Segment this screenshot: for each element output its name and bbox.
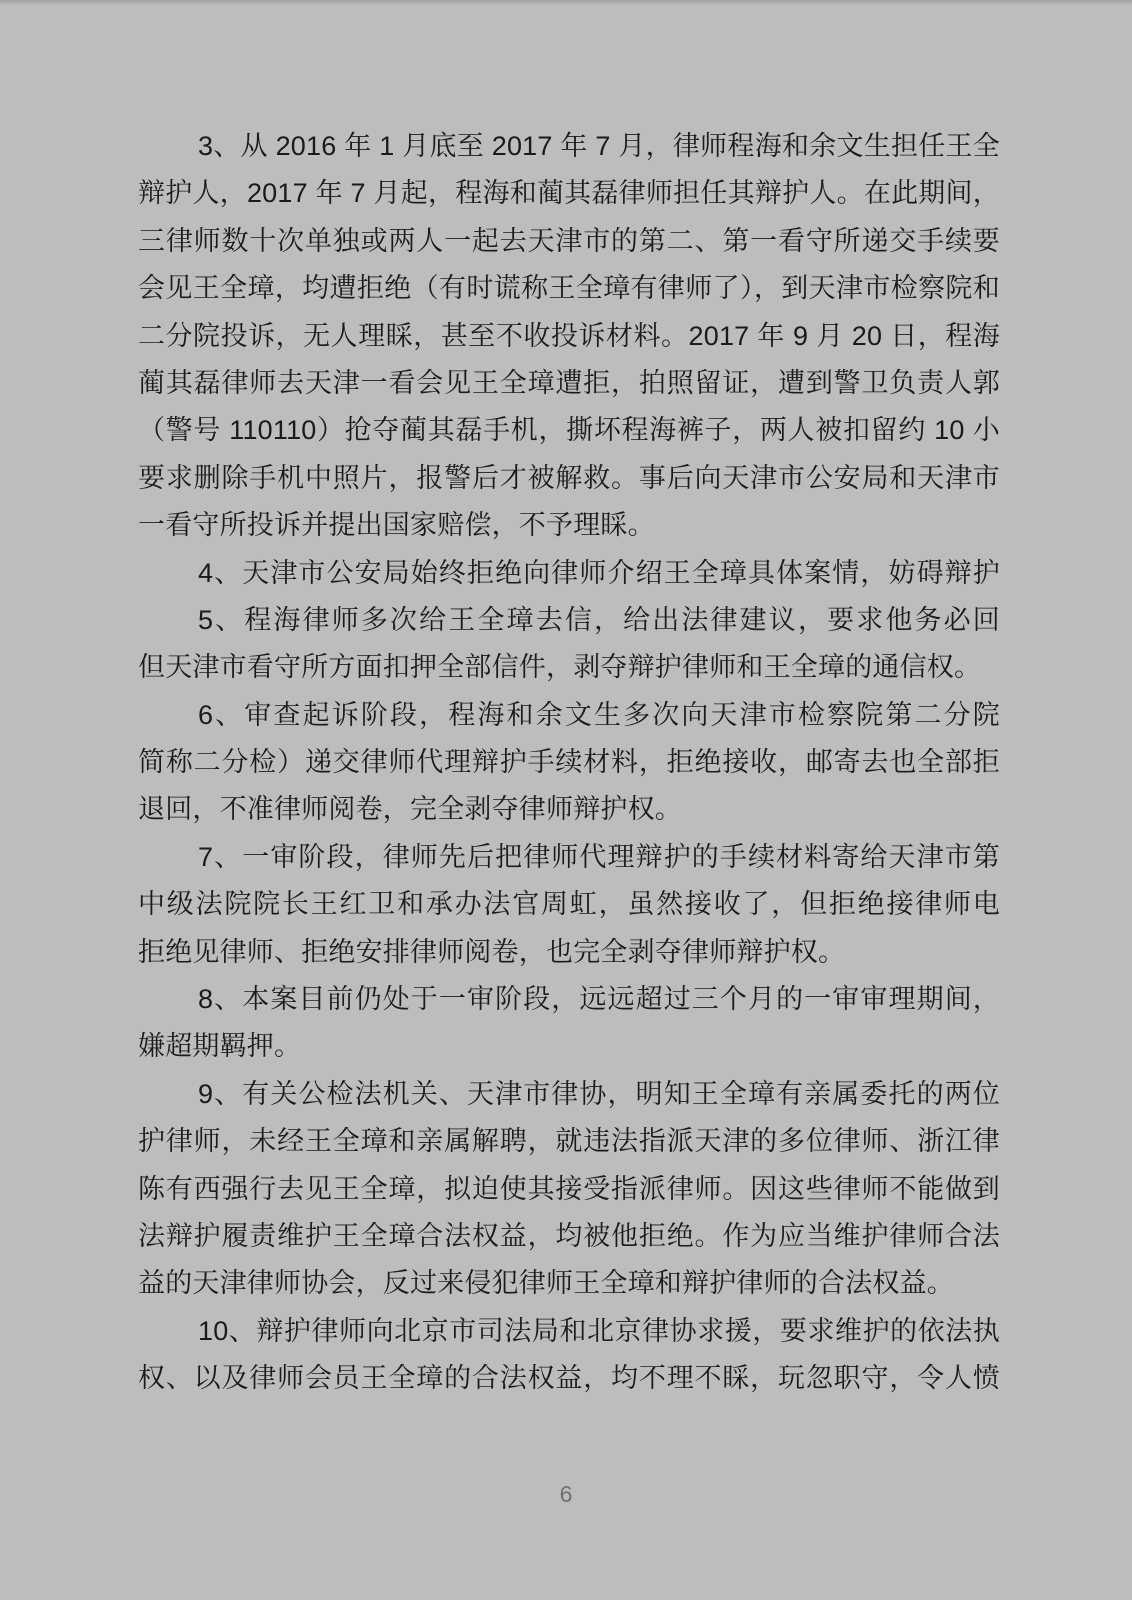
- paragraph-line: 6、审查起诉阶段，程海和余文生多次向天津市检察院第二分院（下: [138, 692, 1000, 739]
- paragraph-line: 7、一审阶段，律师先后把律师代理辩护的手续材料寄给天津市第二: [138, 834, 1000, 881]
- paragraph-line: 5、程海律师多次给王全璋去信，给出法律建议，要求他务必回信，: [138, 597, 1000, 644]
- paragraph-8: 8、本案目前仍处于一审阶段，远远超过三个月的一审审理期间，涉嫌超期羁押。: [138, 976, 1000, 1071]
- paragraph-line: 拒绝见律师、拒绝安排律师阅卷，也完全剥夺律师辩护权。: [138, 929, 1000, 976]
- page-number: 6: [0, 1481, 1132, 1508]
- paragraph-5: 5、程海律师多次给王全璋去信，给出法律建议，要求他务必回信，但天津市看守所方面扣…: [138, 597, 1000, 692]
- paragraph-line: 3、从 2016 年 1 月底至 2017 年 7 月，律师程海和余文生担任王全…: [138, 123, 1000, 170]
- paragraph-line: 辩护人，2017 年 7 月起，程海和蔺其磊律师担任其辩护人。在此期间，: [138, 170, 1000, 217]
- paragraph-line: 法辩护履责维护王全璋合法权益，均被他拒绝。作为应当维护律师合法权: [138, 1213, 1000, 1260]
- paragraph-line: 会见王全璋，均遭拒绝（有时谎称王全璋有律师了），到天津市检察院和: [138, 265, 1000, 312]
- paragraph-4: 4、天津市公安局始终拒绝向律师介绍王全璋具体案情，妨碍辩护权。: [138, 550, 1000, 597]
- paragraph-line: 二分院投诉，无人理睬，甚至不收投诉材料。2017 年 9 月 20 日，程海和: [138, 313, 1000, 360]
- paragraph-line: 8、本案目前仍处于一审阶段，远远超过三个月的一审审理期间，涉: [138, 976, 1000, 1023]
- paragraph-line: 权、以及律师会员王全璋的合法权益，均不理不睬，玩忽职守，令人愤慨。: [138, 1355, 1000, 1402]
- paragraph-line: 中级法院院长王红卫和承办法官周虹，虽然接收了，但拒绝接律师电话、: [138, 881, 1000, 928]
- paragraph-line: 益的天津律师协会，反过来侵犯律师王全璋和辩护律师的合法权益。: [138, 1260, 1000, 1307]
- paragraph-line: 一看守所投诉并提出国家赔偿，不予理睬。: [138, 502, 1000, 549]
- paragraph-line: 三律师数十次单独或两人一起去天津市的第二、第一看守所递交手续要求: [138, 218, 1000, 265]
- text-block: 3、从 2016 年 1 月底至 2017 年 7 月，律师程海和余文生担任王全…: [138, 123, 1000, 1403]
- paragraph-line: 护律师，未经王全璋和亲属解聘，就违法指派天津的多位律师、浙江律师: [138, 1118, 1000, 1165]
- paragraph-6: 6、审查起诉阶段，程海和余文生多次向天津市检察院第二分院（下简称二分检）递交律师…: [138, 692, 1000, 834]
- paragraph-line: 要求删除手机中照片，报警后才被解救。事后向天津市公安局和天津市第: [138, 455, 1000, 502]
- document-page: 3、从 2016 年 1 月底至 2017 年 7 月，律师程海和余文生担任王全…: [0, 0, 1132, 1600]
- paragraph-line: 简称二分检）递交律师代理辩护手续材料，拒绝接收，邮寄去也全部拒收: [138, 739, 1000, 786]
- paragraph-line: 嫌超期羁押。: [138, 1023, 1000, 1070]
- paragraph-3: 3、从 2016 年 1 月底至 2017 年 7 月，律师程海和余文生担任王全…: [138, 123, 1000, 550]
- page-top-shadow: [0, 0, 1132, 5]
- paragraph-7: 7、一审阶段，律师先后把律师代理辩护的手续材料寄给天津市第二中级法院院长王红卫和…: [138, 834, 1000, 976]
- paragraph-line: 陈有西强行去见王全璋，拟迫使其接受指派律师。因这些律师不能做到依: [138, 1166, 1000, 1213]
- paragraph-line: 但天津市看守所方面扣押全部信件，剥夺辩护律师和王全璋的通信权。: [138, 644, 1000, 691]
- paragraph-line: 退回，不准律师阅卷，完全剥夺律师辩护权。: [138, 786, 1000, 833]
- paragraph-line: 蔺其磊律师去天津一看会见王全璋遭拒，拍照留证，遭到警卫负责人郭某: [138, 360, 1000, 407]
- paragraph-line: 10、辩护律师向北京市司法局和北京律协求援，要求维护的依法执业: [138, 1308, 1000, 1355]
- paragraph-line: 4、天津市公安局始终拒绝向律师介绍王全璋具体案情，妨碍辩护权。: [138, 550, 1000, 597]
- paragraph-line: 9、有关公检法机关、天津市律协，明知王全璋有亲属委托的两位辩: [138, 1071, 1000, 1118]
- paragraph-9: 9、有关公检法机关、天津市律协，明知王全璋有亲属委托的两位辩护律师，未经王全璋和…: [138, 1071, 1000, 1308]
- paragraph-line: （警号 110110）抢夺蔺其磊手机，撕坏程海裤子，两人被扣留约 10 小时，: [138, 407, 1000, 454]
- paragraph-10: 10、辩护律师向北京市司法局和北京律协求援，要求维护的依法执业权、以及律师会员王…: [138, 1308, 1000, 1403]
